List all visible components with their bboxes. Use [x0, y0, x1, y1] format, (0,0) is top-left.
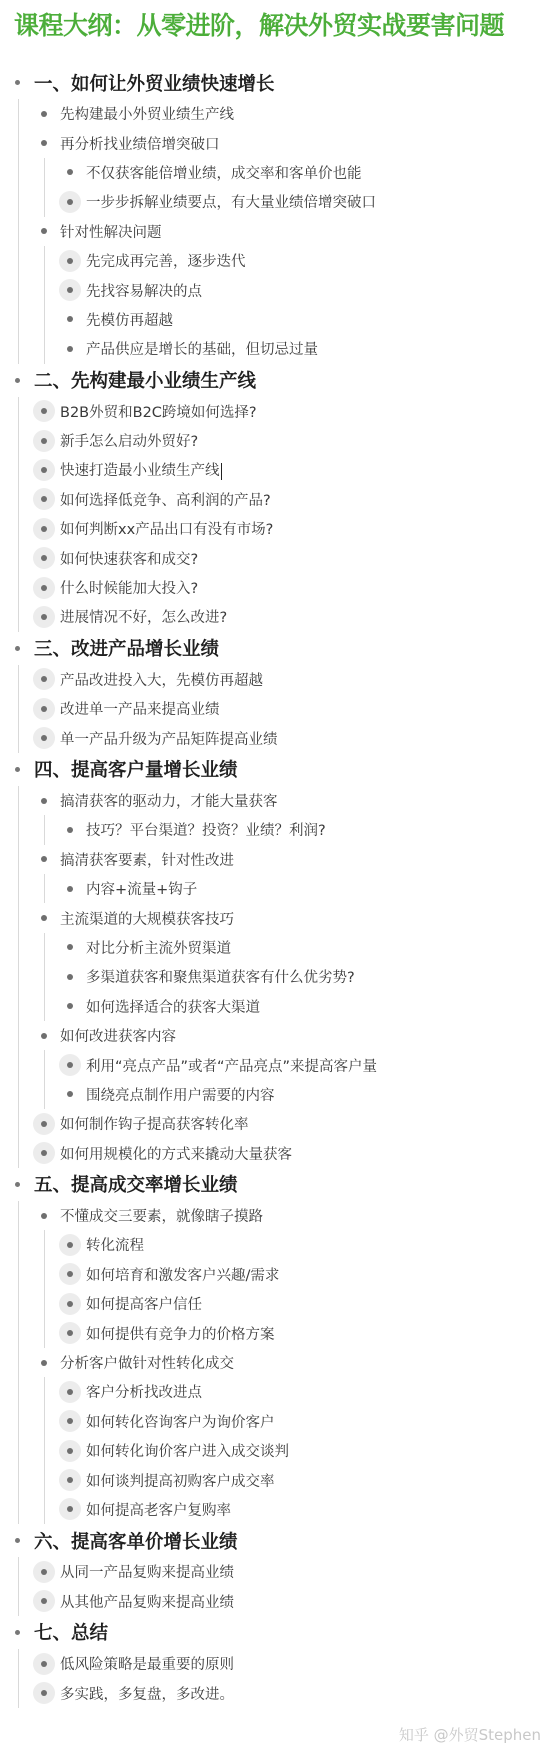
bullet-dot-icon	[67, 974, 73, 980]
outline-subitem-label[interactable]: 产品供应是增长的基础，但切忌过量	[86, 338, 318, 359]
outline-section: 一、如何让外贸业绩快速增长先构建最小外贸业绩生产线再分析找业绩倍增突破口不仅获客…	[0, 66, 549, 364]
watermark: 知乎 @外贸Stephen	[399, 1724, 541, 1745]
bullet-icon[interactable]	[59, 878, 81, 900]
outline-item[interactable]: 搞清获客要素，针对性改进	[0, 845, 549, 874]
outline-item[interactable]: 分析客户做针对性转化成交	[0, 1348, 549, 1377]
item-children: 先完成再完善，逐步迭代先找容易解决的点先模仿再超越产品供应是增长的基础，但切忌过…	[0, 246, 549, 364]
outline-tree: 一、如何让外贸业绩快速增长先构建最小外贸业绩生产线再分析找业绩倍增突破口不仅获客…	[0, 66, 549, 1708]
outline-subitem[interactable]: 围绕亮点制作用户需要的内容	[0, 1080, 549, 1109]
outline-subitem-label[interactable]: 对比分析主流外贸渠道	[86, 937, 231, 958]
outline-subitem-label[interactable]: 利用“亮点产品”或者“产品亮点”来提高客户量	[86, 1055, 377, 1076]
bullet-icon[interactable]	[6, 758, 28, 780]
bullet-icon[interactable]	[59, 161, 81, 183]
outline-item[interactable]: 再分析找业绩倍增突破口	[0, 128, 549, 157]
outline-item[interactable]: 快速打造最小业绩生产线	[0, 455, 549, 484]
outline-item-label[interactable]: 不懂成交三要素，就像瞎子摸路	[60, 1205, 263, 1226]
bullet-dot-icon	[41, 1690, 47, 1696]
collapsed-bullet-icon[interactable]	[33, 698, 55, 720]
bullet-dot-icon	[67, 287, 73, 293]
collapsed-bullet-icon[interactable]	[33, 488, 55, 510]
outline-item-label[interactable]: 改进单一产品来提高业绩	[60, 698, 220, 719]
collapsed-bullet-icon[interactable]	[33, 1653, 55, 1675]
outline-item[interactable]: 针对性解决问题	[0, 217, 549, 246]
outline-subitem-label[interactable]: 如何提高老客户复购率	[86, 1499, 231, 1520]
outline-subitem[interactable]: 技巧？平台渠道？投资？业绩？利润?	[0, 815, 549, 844]
section-heading-row[interactable]: 二、先构建最小业绩生产线	[0, 364, 549, 397]
item-children: 转化流程如何培育和激发客户兴趣/需求如何提高客户信任如何提供有竞争力的价格方案	[0, 1230, 549, 1348]
section-children: 低风险策略是最重要的原则多实践，多复盘，多改进。	[0, 1649, 549, 1708]
bullet-dot-icon	[41, 856, 47, 862]
section-heading-row[interactable]: 七、总结	[0, 1616, 549, 1649]
text-cursor	[221, 463, 222, 480]
bullet-icon[interactable]	[6, 1621, 28, 1643]
outline-item-label[interactable]: 分析客户做针对性转化成交	[60, 1352, 234, 1373]
collapsed-bullet-icon[interactable]	[33, 1561, 55, 1583]
outline-item-label[interactable]: 产品改进投入大，先模仿再超越	[60, 669, 263, 690]
bullet-dot-icon	[41, 676, 47, 682]
bullet-dot-icon	[41, 228, 47, 234]
bullet-icon[interactable]	[33, 1352, 55, 1374]
outline-item-label[interactable]: 从同一产品复购来提高业绩	[60, 1561, 234, 1582]
outline-subitem-label[interactable]: 技巧？平台渠道？投资？业绩？利润?	[86, 819, 326, 840]
bullet-dot-icon	[41, 1150, 47, 1156]
outline-item[interactable]: 产品改进投入大，先模仿再超越	[0, 665, 549, 694]
outline-item[interactable]: 多实践，多复盘，多改进。	[0, 1678, 549, 1707]
bullet-dot-icon	[41, 496, 47, 502]
collapsed-bullet-icon[interactable]	[59, 1054, 81, 1076]
outline-section: 二、先构建最小业绩生产线B2B外贸和B2C跨境如何选择?新手怎么启动外贸好?快速…	[0, 364, 549, 632]
bullet-dot-icon	[41, 467, 47, 473]
outline-subitem-label[interactable]: 多渠道获客和聚焦渠道获客有什么优劣势?	[86, 966, 355, 987]
outline-subitem-label[interactable]: 先模仿再超越	[86, 309, 173, 330]
outline-item[interactable]: 如何制作钩子提高获客转化率	[0, 1109, 549, 1138]
section-heading[interactable]: 七、总结	[34, 1619, 108, 1645]
bullet-dot-icon	[15, 1182, 20, 1187]
bullet-dot-icon	[41, 408, 47, 414]
outline-item[interactable]: 主流渠道的大规模获客技巧	[0, 903, 549, 932]
outline-subitem-label[interactable]: 先完成再完善，逐步迭代	[86, 250, 246, 271]
section-heading[interactable]: 三、改进产品增长业绩	[34, 635, 219, 661]
section-heading-row[interactable]: 一、如何让外贸业绩快速增长	[0, 66, 549, 99]
bullet-dot-icon	[67, 316, 73, 322]
outline-subitem-label[interactable]: 如何提高客户信任	[86, 1293, 202, 1314]
outline-section: 六、提高客单价增长业绩从同一产品复购来提高业绩从其他产品复购来提高业绩	[0, 1524, 549, 1616]
collapsed-bullet-icon[interactable]	[33, 668, 55, 690]
bullet-dot-icon	[41, 1213, 47, 1219]
section-children: 搞清获客的驱动力，才能大量获客技巧？平台渠道？投资？业绩？利润?搞清获客要素，针…	[0, 786, 549, 1168]
section-heading-row[interactable]: 六、提高客单价增长业绩	[0, 1524, 549, 1557]
outline-item-label[interactable]: 如何判断xx产品出口有没有市场?	[60, 518, 273, 539]
outline-subitem-label[interactable]: 如何谈判提高初购客户成交率	[86, 1470, 275, 1491]
bullet-dot-icon	[67, 1091, 73, 1097]
bullet-icon[interactable]	[33, 103, 55, 125]
bullet-dot-icon	[67, 886, 73, 892]
bullet-dot-icon	[67, 944, 73, 950]
outline-item[interactable]: 先构建最小外贸业绩生产线	[0, 99, 549, 128]
bullet-dot-icon	[67, 1506, 73, 1512]
collapsed-bullet-icon[interactable]	[33, 400, 55, 422]
outline-item-label[interactable]: 如何快速获客和成交?	[60, 548, 198, 569]
outline-item-label[interactable]: 针对性解决问题	[60, 221, 162, 242]
bullet-dot-icon	[41, 1033, 47, 1039]
outline-item-label[interactable]: 如何制作钩子提高获客转化率	[60, 1113, 249, 1134]
bullet-dot-icon	[41, 1569, 47, 1575]
bullet-dot-icon	[15, 1538, 20, 1543]
section-children: 从同一产品复购来提高业绩从其他产品复购来提高业绩	[0, 1557, 549, 1616]
outline-item-label[interactable]: 低风险策略是最重要的原则	[60, 1653, 234, 1674]
item-children: 不仅获客能倍增业绩，成交率和客单价也能一步步拆解业绩要点，有大量业绩倍增突破口	[0, 158, 549, 217]
outline-subitem[interactable]: 客户分析找改进点	[0, 1377, 549, 1406]
collapsed-bullet-icon[interactable]	[33, 577, 55, 599]
outline-item-label[interactable]: 如何选择低竞争、高利润的产品?	[60, 489, 271, 510]
outline-subitem-label[interactable]: 如何培育和激发客户兴趣/需求	[86, 1264, 279, 1285]
outline-item[interactable]: 新手怎么启动外贸好?	[0, 426, 549, 455]
bullet-dot-icon	[67, 1389, 73, 1395]
bullet-icon[interactable]	[6, 369, 28, 391]
collapsed-bullet-icon[interactable]	[33, 1142, 55, 1164]
outline-item-label[interactable]: 进展情况不好，怎么改进?	[60, 606, 227, 627]
outline-item[interactable]: 如何用规模化的方式来撬动大量获客	[0, 1139, 549, 1168]
item-children: 利用“亮点产品”或者“产品亮点”来提高客户量围绕亮点制作用户需要的内容	[0, 1050, 549, 1109]
outline-section: 五、提高成交率增长业绩不懂成交三要素，就像瞎子摸路转化流程如何培育和激发客户兴趣…	[0, 1168, 549, 1524]
outline-item-label[interactable]: 主流渠道的大规模获客技巧	[60, 908, 234, 929]
collapsed-bullet-icon[interactable]	[59, 1293, 81, 1315]
outline-item-label[interactable]: 快速打造最小业绩生产线	[60, 459, 222, 480]
outline-item[interactable]: 进展情况不好，怎么改进?	[0, 602, 549, 631]
item-children: 客户分析找改进点如何转化咨询客户为询价客户如何转化询价客户进入成交谈判如何谈判提…	[0, 1377, 549, 1524]
collapsed-bullet-icon[interactable]	[59, 1440, 81, 1462]
bullet-icon[interactable]	[59, 936, 81, 958]
outline-item-label[interactable]: B2B外贸和B2C跨境如何选择?	[60, 401, 257, 422]
collapsed-bullet-icon[interactable]	[33, 547, 55, 569]
bullet-icon[interactable]	[33, 220, 55, 242]
outline-item[interactable]: 如何选择低竞争、高利润的产品?	[0, 485, 549, 514]
collapsed-bullet-icon[interactable]	[33, 1682, 55, 1704]
bullet-dot-icon	[41, 585, 47, 591]
bullet-icon[interactable]	[33, 790, 55, 812]
collapsed-bullet-icon[interactable]	[59, 1263, 81, 1285]
outline-subitem[interactable]: 如何转化咨询客户为询价客户	[0, 1407, 549, 1436]
outline-item[interactable]: B2B外贸和B2C跨境如何选择?	[0, 397, 549, 426]
bullet-icon[interactable]	[59, 995, 81, 1017]
outline-item[interactable]: 什么时候能加大投入?	[0, 573, 549, 602]
outline-subitem[interactable]: 如何转化询价客户进入成交谈判	[0, 1436, 549, 1465]
outline-subitem-label[interactable]: 围绕亮点制作用户需要的内容	[86, 1084, 275, 1105]
outline-subitem[interactable]: 多渠道获客和聚焦渠道获客有什么优劣势?	[0, 962, 549, 991]
outline-item-label[interactable]: 再分析找业绩倍增突破口	[60, 133, 220, 154]
bullet-icon[interactable]	[59, 966, 81, 988]
outline-section: 四、提高客户量增长业绩搞清获客的驱动力，才能大量获客技巧？平台渠道？投资？业绩？…	[0, 753, 549, 1168]
bullet-dot-icon	[41, 438, 47, 444]
section-children: 不懂成交三要素，就像瞎子摸路转化流程如何培育和激发客户兴趣/需求如何提高客户信任…	[0, 1201, 549, 1524]
collapsed-bullet-icon[interactable]	[59, 1469, 81, 1491]
outline-item-label[interactable]: 先构建最小外贸业绩生产线	[60, 103, 234, 124]
bullet-dot-icon	[15, 1630, 20, 1635]
collapsed-bullet-icon[interactable]	[59, 191, 81, 213]
section-heading[interactable]: 四、提高客户量增长业绩	[34, 756, 238, 782]
bullet-icon[interactable]	[6, 637, 28, 659]
bullet-dot-icon	[41, 915, 47, 921]
outline-section: 七、总结低风险策略是最重要的原则多实践，多复盘，多改进。	[0, 1616, 549, 1708]
bullet-dot-icon	[67, 258, 73, 264]
outline-subitem[interactable]: 如何提高客户信任	[0, 1289, 549, 1318]
section-heading[interactable]: 一、如何让外贸业绩快速增长	[34, 70, 275, 96]
outline-subitem-label[interactable]: 客户分析找改进点	[86, 1381, 202, 1402]
outline-subitem[interactable]: 不仅获客能倍增业绩，成交率和客单价也能	[0, 158, 549, 187]
outline-item[interactable]: 低风险策略是最重要的原则	[0, 1649, 549, 1678]
bullet-icon[interactable]	[33, 1025, 55, 1047]
section-heading-row[interactable]: 五、提高成交率增长业绩	[0, 1168, 549, 1201]
outline-item[interactable]: 不懂成交三要素，就像瞎子摸路	[0, 1201, 549, 1230]
bullet-dot-icon	[41, 1598, 47, 1604]
bullet-dot-icon	[41, 1360, 47, 1366]
bullet-icon[interactable]	[59, 308, 81, 330]
bullet-dot-icon	[41, 111, 47, 117]
outline-subitem[interactable]: 如何选择适合的获客大渠道	[0, 992, 549, 1021]
bullet-dot-icon	[41, 798, 47, 804]
outline-item[interactable]: 单一产品升级为产品矩阵提高业绩	[0, 723, 549, 752]
bullet-dot-icon	[67, 169, 73, 175]
bullet-dot-icon	[41, 140, 47, 146]
collapsed-bullet-icon[interactable]	[59, 1410, 81, 1432]
outline-subitem[interactable]: 如何培育和激发客户兴趣/需求	[0, 1260, 549, 1289]
bullet-dot-icon	[67, 1242, 73, 1248]
outline-subitem-label[interactable]: 转化流程	[86, 1234, 144, 1255]
bullet-icon[interactable]	[6, 72, 28, 94]
collapsed-bullet-icon[interactable]	[59, 1381, 81, 1403]
outline-item-label[interactable]: 多实践，多复盘，多改进。	[60, 1683, 234, 1704]
outline-subitem-label[interactable]: 如何选择适合的获客大渠道	[86, 996, 260, 1017]
outline-subitem-label[interactable]: 内容+流量+钩子	[86, 878, 197, 899]
bullet-dot-icon	[41, 735, 47, 741]
outline-subitem-label[interactable]: 一步步拆解业绩要点，有大量业绩倍增突破口	[86, 191, 376, 212]
outline-subitem[interactable]: 产品供应是增长的基础，但切忌过量	[0, 334, 549, 363]
outline-subitem[interactable]: 如何谈判提高初购客户成交率	[0, 1465, 549, 1494]
bullet-dot-icon	[67, 1301, 73, 1307]
bullet-dot-icon	[41, 706, 47, 712]
collapsed-bullet-icon[interactable]	[59, 1498, 81, 1520]
outline-subitem[interactable]: 先完成再完善，逐步迭代	[0, 246, 549, 275]
bullet-icon[interactable]	[33, 907, 55, 929]
collapsed-bullet-icon[interactable]	[33, 606, 55, 628]
bullet-dot-icon	[15, 378, 20, 383]
outline-subitem-label[interactable]: 如何提供有竞争力的价格方案	[86, 1323, 275, 1344]
collapsed-bullet-icon[interactable]	[33, 1590, 55, 1612]
section-heading[interactable]: 二、先构建最小业绩生产线	[34, 367, 256, 393]
bullet-dot-icon	[15, 767, 20, 772]
outline-subitem[interactable]: 如何提供有竞争力的价格方案	[0, 1318, 549, 1347]
section-heading-row[interactable]: 四、提高客户量增长业绩	[0, 753, 549, 786]
bullet-dot-icon	[67, 1271, 73, 1277]
item-children: 技巧？平台渠道？投资？业绩？利润?	[0, 815, 549, 844]
bullet-icon[interactable]	[59, 338, 81, 360]
outline-item-label[interactable]: 单一产品升级为产品矩阵提高业绩	[60, 728, 278, 749]
bullet-dot-icon	[67, 1418, 73, 1424]
bullet-dot-icon	[67, 1330, 73, 1336]
bullet-icon[interactable]	[6, 1173, 28, 1195]
collapsed-bullet-icon[interactable]	[59, 250, 81, 272]
collapsed-bullet-icon[interactable]	[33, 1113, 55, 1135]
section-heading[interactable]: 五、提高成交率增长业绩	[34, 1171, 238, 1197]
outline-item[interactable]: 如何快速获客和成交?	[0, 543, 549, 572]
outline-subitem[interactable]: 转化流程	[0, 1230, 549, 1259]
outline-item[interactable]: 搞清获客的驱动力，才能大量获客	[0, 786, 549, 815]
bullet-dot-icon	[41, 1121, 47, 1127]
bullet-icon[interactable]	[33, 848, 55, 870]
outline-subitem-label[interactable]: 如何转化咨询客户为询价客户	[86, 1411, 275, 1432]
outline-subitem[interactable]: 内容+流量+钩子	[0, 874, 549, 903]
item-children: 内容+流量+钩子	[0, 874, 549, 903]
bullet-dot-icon	[67, 1477, 73, 1483]
bullet-icon[interactable]	[6, 1530, 28, 1552]
bullet-dot-icon	[41, 555, 47, 561]
outline-item-label[interactable]: 如何改进获客内容	[60, 1025, 176, 1046]
outline-item-label[interactable]: 从其他产品复购来提高业绩	[60, 1591, 234, 1612]
bullet-dot-icon	[67, 1003, 73, 1009]
bullet-icon[interactable]	[33, 1205, 55, 1227]
collapsed-bullet-icon[interactable]	[33, 459, 55, 481]
outline-item-label[interactable]: 搞清获客要素，针对性改进	[60, 849, 234, 870]
bullet-dot-icon	[15, 80, 20, 85]
outline-item[interactable]: 从其他产品复购来提高业绩	[0, 1587, 549, 1616]
bullet-dot-icon	[67, 199, 73, 205]
collapsed-bullet-icon[interactable]	[33, 430, 55, 452]
collapsed-bullet-icon[interactable]	[33, 727, 55, 749]
outline-item[interactable]: 改进单一产品来提高业绩	[0, 694, 549, 723]
outline-subitem[interactable]: 先找容易解决的点	[0, 275, 549, 304]
collapsed-bullet-icon[interactable]	[59, 1322, 81, 1344]
bullet-icon[interactable]	[59, 819, 81, 841]
collapsed-bullet-icon[interactable]	[33, 518, 55, 540]
outline-subitem[interactable]: 一步步拆解业绩要点，有大量业绩倍增突破口	[0, 187, 549, 216]
bullet-icon[interactable]	[33, 132, 55, 154]
collapsed-bullet-icon[interactable]	[59, 279, 81, 301]
outline-subitem[interactable]: 先模仿再超越	[0, 305, 549, 334]
bullet-dot-icon	[67, 346, 73, 352]
section-heading-row[interactable]: 三、改进产品增长业绩	[0, 632, 549, 665]
outline-subitem[interactable]: 对比分析主流外贸渠道	[0, 933, 549, 962]
bullet-dot-icon	[41, 1661, 47, 1667]
section-children: 先构建最小外贸业绩生产线再分析找业绩倍增突破口不仅获客能倍增业绩，成交率和客单价…	[0, 99, 549, 364]
item-children: 对比分析主流外贸渠道多渠道获客和聚焦渠道获客有什么优劣势?如何选择适合的获客大渠…	[0, 933, 549, 1021]
bullet-dot-icon	[67, 1062, 73, 1068]
bullet-dot-icon	[15, 646, 20, 651]
outline-section: 三、改进产品增长业绩产品改进投入大，先模仿再超越改进单一产品来提高业绩单一产品升…	[0, 632, 549, 753]
outline-subitem[interactable]: 利用“亮点产品”或者“产品亮点”来提高客户量	[0, 1050, 549, 1079]
outline-item-label[interactable]: 如何用规模化的方式来撬动大量获客	[60, 1143, 292, 1164]
collapsed-bullet-icon[interactable]	[59, 1234, 81, 1256]
outline-subitem-label[interactable]: 先找容易解决的点	[86, 280, 202, 301]
bullet-dot-icon	[41, 526, 47, 532]
page-title: 课程大纲：从零进阶，解决外贸实战要害问题	[14, 8, 549, 44]
outline-item-label[interactable]: 什么时候能加大投入?	[60, 577, 198, 598]
outline-item-label[interactable]: 搞清获客的驱动力，才能大量获客	[60, 790, 278, 811]
section-heading[interactable]: 六、提高客单价增长业绩	[34, 1528, 238, 1554]
bullet-icon[interactable]	[59, 1083, 81, 1105]
outline-item[interactable]: 从同一产品复购来提高业绩	[0, 1557, 549, 1586]
outline-item[interactable]: 如何改进获客内容	[0, 1021, 549, 1050]
outline-item[interactable]: 如何判断xx产品出口有没有市场?	[0, 514, 549, 543]
outline-subitem-label[interactable]: 不仅获客能倍增业绩，成交率和客单价也能	[86, 162, 362, 183]
outline-subitem-label[interactable]: 如何转化询价客户进入成交谈判	[86, 1440, 289, 1461]
bullet-dot-icon	[41, 614, 47, 620]
section-children: 产品改进投入大，先模仿再超越改进单一产品来提高业绩单一产品升级为产品矩阵提高业绩	[0, 665, 549, 753]
outline-item-label[interactable]: 新手怎么启动外贸好?	[60, 430, 198, 451]
bullet-dot-icon	[67, 1448, 73, 1454]
outline-subitem[interactable]: 如何提高老客户复购率	[0, 1495, 549, 1524]
section-children: B2B外贸和B2C跨境如何选择?新手怎么启动外贸好?快速打造最小业绩生产线如何选…	[0, 397, 549, 632]
bullet-dot-icon	[67, 827, 73, 833]
